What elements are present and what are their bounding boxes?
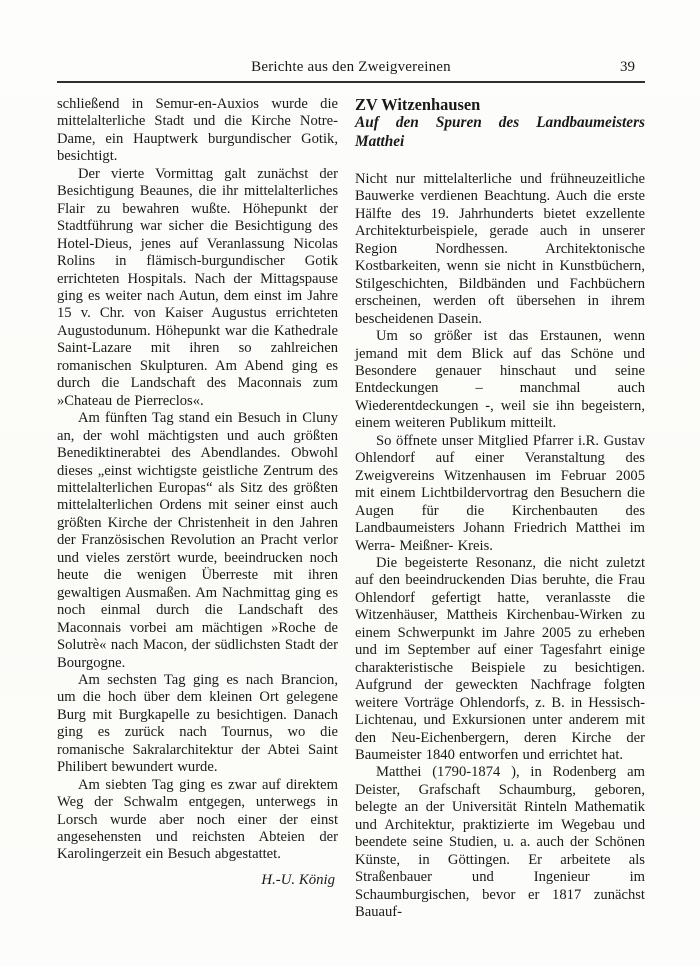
- right-column: ZV Witzenhausen Auf den Spuren des Landb…: [355, 96, 645, 921]
- scanned-document-page: Berichte aus den Zweigvereinen 39 schlie…: [0, 0, 700, 966]
- paragraph: Die begeisterte Resonanz, die nicht zule…: [355, 555, 645, 764]
- paragraph: Am fünften Tag stand ein Besuch in Cluny…: [57, 410, 338, 672]
- page-header: Berichte aus den Zweigvereinen 39: [57, 57, 645, 83]
- author-signature: H.-U. König: [57, 872, 338, 889]
- left-column: schließend in Semur-en-Auxios wurde die …: [57, 96, 338, 889]
- paragraph: Der vierte Vormittag galt zunächst der B…: [57, 166, 338, 410]
- paragraph: schließend in Semur-en-Auxios wurde die …: [57, 96, 338, 166]
- page-content: Berichte aus den Zweigvereinen 39 schlie…: [57, 57, 645, 921]
- section-title: ZV Witzenhausen: [355, 96, 645, 114]
- paragraph: Nicht nur mittelalterliche und frühneuze…: [355, 171, 645, 328]
- paragraph: So öffnete unser Mitglied Pfarrer i.R. G…: [355, 433, 645, 555]
- running-header-title: Berichte aus den Zweigvereinen: [57, 59, 645, 76]
- paragraph: Um so größer ist das Erstaunen, wenn jem…: [355, 328, 645, 433]
- paragraph: Am sechsten Tag ging es nach Brancion, u…: [57, 672, 338, 777]
- page-number: 39: [620, 59, 635, 76]
- section-subtitle: Auf den Spuren des Landbaumeisters Matth…: [355, 114, 645, 151]
- paragraph: Am siebten Tag ging es zwar auf direktem…: [57, 777, 338, 864]
- two-column-text: schließend in Semur-en-Auxios wurde die …: [57, 96, 645, 921]
- right-column-paragraphs: Nicht nur mittelalterliche und frühneuze…: [355, 171, 645, 921]
- paragraph: Matthei (1790-1874 ), in Rodenberg am De…: [355, 764, 645, 921]
- left-column-paragraphs: schließend in Semur-en-Auxios wurde die …: [57, 96, 338, 864]
